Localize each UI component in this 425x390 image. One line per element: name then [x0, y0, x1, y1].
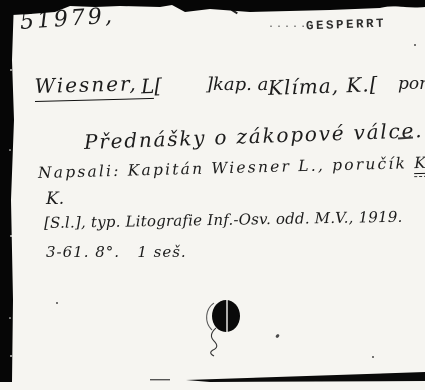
- heading-line: Wiesner, L[ ]kap. a Klíma, K.[ por.: [0, 74, 425, 114]
- bottom-edge-line: [186, 372, 425, 382]
- author1-surname: Wiesner,: [34, 71, 154, 102]
- trailing-rank: por.: [398, 74, 425, 94]
- statement-line: Napsali: Kapitán Wiesner L., poručík Klí…: [38, 153, 425, 182]
- ink-speck: [372, 356, 374, 358]
- bracket-connector: ]kap. a: [206, 74, 268, 95]
- left-edge: [0, 0, 14, 382]
- ink-speck: [275, 334, 280, 339]
- imprint-line: [S.l.], typ. Litografie Inf.-Osv. odd. M…: [44, 208, 403, 232]
- ink-speck: [414, 44, 416, 46]
- punch-hole-rim: [207, 303, 214, 330]
- leader-dots: .....: [268, 19, 308, 30]
- ink-squiggle: [211, 328, 217, 356]
- author2-name: Klíma, K.[: [268, 72, 379, 100]
- collation-line: 3-61. 8°. 1 seš.: [46, 243, 187, 261]
- statement-name-underlined: Klíma: [414, 153, 425, 174]
- punch-hole: [212, 300, 240, 332]
- ink-speck: [56, 302, 58, 304]
- statement-overflow: K.: [46, 189, 64, 209]
- stray-mark: [229, 8, 238, 14]
- gesperrt-stamp: GESPERRT: [306, 17, 386, 34]
- author1-initial: L[: [141, 74, 163, 99]
- catalog-card-scan: 51979, ..... GESPERRT Wiesner, L[ ]kap. …: [0, 0, 425, 390]
- bottom-edge-dash: [150, 379, 170, 380]
- statement-text: Napsali: Kapitán Wiesner L., poručík: [38, 154, 415, 182]
- accession-number: 51979,: [19, 3, 115, 35]
- title-line: Přednášky o zákopové válce.: [84, 118, 424, 154]
